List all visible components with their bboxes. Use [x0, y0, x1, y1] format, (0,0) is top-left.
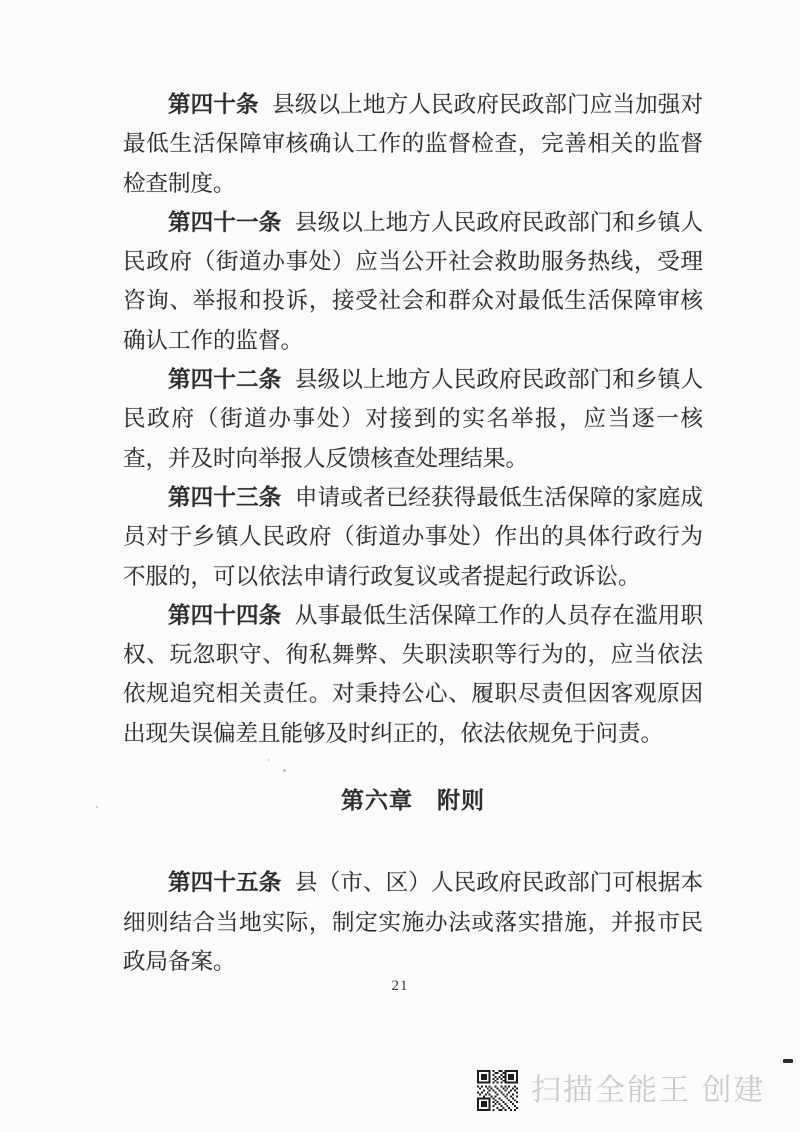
article-number: 第四十四条 [168, 603, 281, 628]
article-number: 第四十条 [168, 92, 259, 117]
camscanner-watermark: 扫描全能王 创建 [477, 1070, 765, 1111]
article-number: 第四十三条 [168, 485, 281, 510]
page-number: 21 [0, 978, 800, 995]
document-body: 第四十条县级以上地方人民政府民政部门应当加强对最低生活保障审核确认工作的监督检查… [123, 85, 703, 981]
article-45-paragraph: 第四十五条县（市、区）人民政府民政部门可根据本细则结合当地实际，制定实施办法或落… [123, 863, 703, 981]
article-42-paragraph: 第四十二条县级以上地方人民政府民政部门和乡镇人民政府（街道办事处）对接到的实名举… [123, 360, 703, 478]
article-40-paragraph: 第四十条县级以上地方人民政府民政部门应当加强对最低生活保障审核确认工作的监督检查… [123, 85, 703, 203]
scan-artifact-dash [783, 1059, 793, 1063]
scan-speck [96, 806, 98, 808]
article-number: 第四十一条 [168, 210, 281, 235]
qr-code-icon [477, 1070, 518, 1111]
article-43-paragraph: 第四十三条申请或者已经获得最低生活保障的家庭成员对于乡镇人民政府（街道办事处）作… [123, 478, 703, 596]
article-44-paragraph: 第四十四条从事最低生活保障工作的人员存在滥用职权、玩忽职守、徇私舞弊、失职渎职等… [123, 596, 703, 753]
article-number: 第四十二条 [168, 367, 281, 392]
scanned-document-page: 第四十条县级以上地方人民政府民政部门应当加强对最低生活保障审核确认工作的监督检查… [0, 0, 800, 1132]
chapter-heading: 第六章 附则 [123, 781, 703, 820]
article-41-paragraph: 第四十一条县级以上地方人民政府民政部门和乡镇人民政府（街道办事处）应当公开社会救… [123, 203, 703, 360]
watermark-label: 扫描全能王 创建 [531, 1070, 765, 1111]
article-number: 第四十五条 [168, 870, 281, 895]
scan-speck [283, 769, 286, 772]
scan-speck [268, 759, 270, 761]
